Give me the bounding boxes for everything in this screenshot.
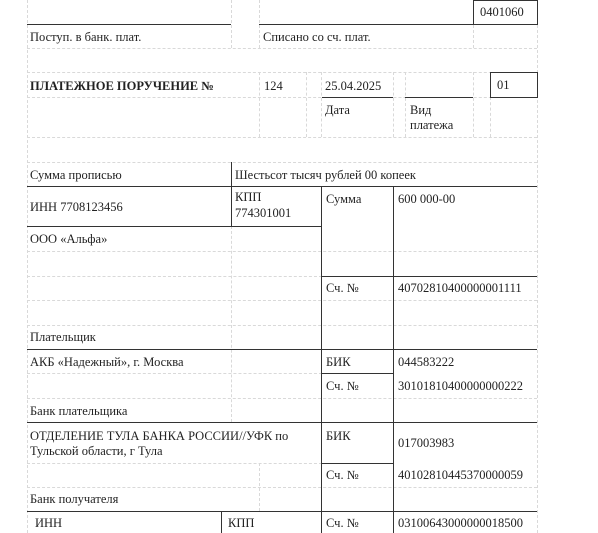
payer-account: 40702810400000001111 (398, 281, 522, 296)
border-line (259, 24, 473, 25)
payer-kpp: 774301001 (235, 206, 291, 221)
border-line (321, 186, 322, 533)
payer-bank-name: АКБ «Надежный», г. Москва (30, 355, 184, 370)
border-line (322, 276, 537, 277)
payer-bank-account-label: Сч. № (326, 379, 359, 394)
gridline (27, 373, 322, 374)
gridline (321, 72, 322, 137)
document-date: 25.04.2025 (325, 79, 381, 94)
gridline (27, 72, 537, 73)
form-code-box: 0401060 (473, 0, 538, 25)
payee-bank-account-label: Сч. № (326, 468, 359, 483)
payer-bank-bik-label: БИК (326, 355, 351, 370)
payer-bank-account: 30101810400000000222 (398, 379, 523, 394)
border-line (322, 463, 394, 464)
gridline (27, 276, 322, 277)
amount-words-label: Сумма прописью (30, 168, 122, 183)
payee-bank-bik-label: БИК (326, 429, 351, 444)
gridline (393, 72, 394, 137)
document-number: 124 (264, 79, 283, 94)
payee-kpp-label: КПП (228, 516, 254, 531)
status-code-box: 01 (490, 72, 538, 98)
border-line (231, 162, 232, 226)
gridline (27, 137, 537, 138)
border-line (27, 24, 231, 25)
gridline (306, 72, 307, 137)
amount-label: Сумма (326, 192, 361, 207)
payee-inn-label: ИНН (35, 516, 62, 531)
gridline (27, 325, 537, 326)
border-line (322, 97, 393, 98)
date-label: Дата (325, 103, 350, 118)
payer-kpp-label: КПП (235, 190, 261, 205)
gridline (27, 300, 537, 301)
payer-account-label: Сч. № (326, 281, 359, 296)
gridline (259, 72, 260, 137)
gridline (27, 48, 537, 49)
payee-account: 03100643000000018500 (398, 516, 523, 531)
payee-account-label: Сч. № (326, 516, 359, 531)
border-line (393, 186, 394, 533)
payer-bank-bik: 044583222 (398, 355, 454, 370)
gridline (27, 398, 537, 399)
border-line (27, 186, 537, 187)
payer-inn: ИНН 7708123456 (30, 200, 123, 215)
payee-bank-bik: 017003983 (398, 436, 454, 451)
border-line (405, 97, 473, 98)
payer-section-label: Плательщик (30, 330, 96, 345)
payment-type-label: Вид платежа (410, 103, 470, 133)
gridline (405, 72, 406, 137)
form-code: 0401060 (480, 5, 524, 20)
gridline (231, 226, 232, 422)
gridline (27, 463, 322, 464)
debited-label: Списано со сч. плат. (263, 30, 371, 45)
border-line (221, 511, 222, 533)
gridline (27, 162, 537, 163)
border-line (27, 511, 537, 512)
payee-bank-account: 40102810445370000059 (398, 468, 523, 483)
border-line (322, 373, 394, 374)
border-line (27, 226, 322, 227)
payer-name: ООО «Альфа» (30, 232, 107, 247)
border-line (27, 349, 537, 350)
gridline (27, 0, 28, 533)
received-label: Поступ. в банк. плат. (30, 30, 141, 45)
border-line (27, 422, 537, 423)
gridline (490, 97, 491, 137)
gridline (473, 72, 474, 137)
amount-value: 600 000-00 (398, 192, 455, 207)
gridline (27, 487, 537, 488)
status-code: 01 (497, 78, 510, 93)
payer-bank-section-label: Банк плательщика (30, 404, 127, 419)
document-title: ПЛАТЕЖНОЕ ПОРУЧЕНИЕ № (30, 79, 214, 94)
payee-bank-name: ОТДЕЛЕНИЕ ТУЛА БАНКА РОССИИ//УФК по Туль… (30, 429, 322, 459)
amount-words: Шестьсот тысяч рублей 00 копеек (235, 168, 416, 183)
gridline (231, 0, 232, 48)
gridline (27, 251, 537, 252)
payee-bank-section-label: Банк получателя (30, 492, 118, 507)
